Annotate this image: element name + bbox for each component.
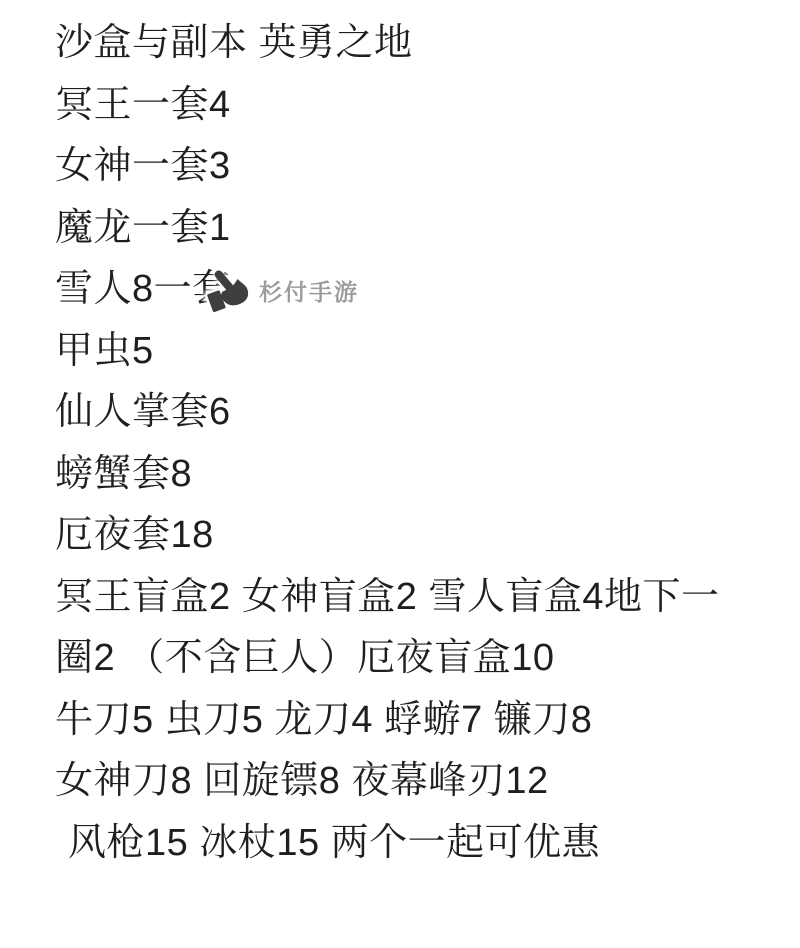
- price-line: 仙人掌套6: [55, 382, 780, 444]
- price-line: 雪人8一套: [55, 259, 780, 321]
- price-line: 风枪15 冰杖15 两个一起可优惠: [55, 813, 780, 875]
- price-sheet-page: 沙盒与副本 英勇之地 冥王一套4 女神一套3 魔龙一套1 雪人8一套 甲虫5 仙…: [0, 0, 800, 948]
- price-line: 女神一套3: [55, 136, 780, 198]
- price-line: 魔龙一套1: [55, 198, 780, 260]
- price-line: 甲虫5: [55, 321, 780, 383]
- title-line: 沙盒与副本 英勇之地: [55, 13, 780, 75]
- price-line: 冥王盲盒2 女神盲盒2 雪人盲盒4地下一: [55, 567, 780, 629]
- price-line: 螃蟹套8: [55, 444, 780, 506]
- price-line: 冥王一套4: [55, 75, 780, 137]
- price-line: 圈2 （不含巨人）厄夜盲盒10: [55, 628, 780, 690]
- price-list: 沙盒与副本 英勇之地 冥王一套4 女神一套3 魔龙一套1 雪人8一套 甲虫5 仙…: [55, 13, 780, 874]
- price-line: 女神刀8 回旋镖8 夜幕峰刃12: [55, 751, 780, 813]
- price-line: 牛刀5 虫刀5 龙刀4 蜉蝣7 镰刀8: [55, 690, 780, 752]
- price-line: 厄夜套18: [55, 505, 780, 567]
